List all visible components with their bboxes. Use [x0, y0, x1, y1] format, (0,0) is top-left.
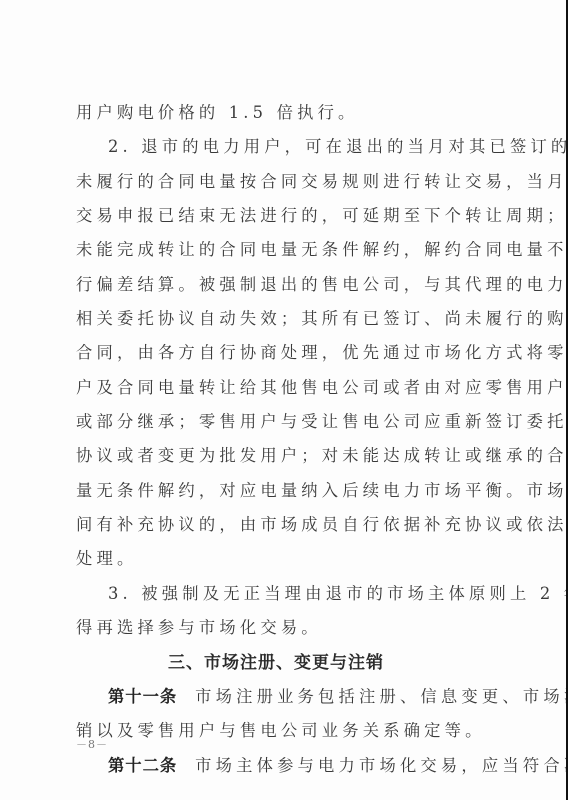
- paragraph-line: 户及合同电量转让给其他售电公司或者由对应零售用户全额: [76, 371, 486, 405]
- paragraph-line: 或部分继承；零售用户与受让售电公司应重新签订委托代理: [76, 405, 486, 439]
- paragraph-line: 得再选择参与市场化交易。: [76, 611, 486, 645]
- page-number: －8－: [76, 736, 108, 752]
- paragraph-line: 合同，由各方自行协商处理，优先通过市场化方式将零售用: [76, 336, 486, 370]
- paragraph-line: 2. 退市的电力用户，可在退出的当月对其已签订的、尚: [76, 130, 486, 164]
- paragraph-line: 行偏差结算。被强制退出的售电公司，与其代理的电力用户: [76, 268, 486, 302]
- article-12-label: 第十二条: [108, 756, 177, 775]
- article-11-continuation: 销以及零售用户与售电公司业务关系确定等。: [76, 714, 486, 748]
- paragraph-line: 处理。: [76, 542, 486, 576]
- paragraph-line: 3. 被强制及无正当理由退市的市场主体原则上 2 年内不: [76, 577, 486, 611]
- paragraph-line: 相关委托协议自动失效；其所有已签订、尚未履行的购售电: [76, 302, 486, 336]
- article-11-text: 市场注册业务包括注册、信息变更、市场注: [195, 687, 568, 706]
- article-12-text: 市场主体参与电力市场化交易，应当符合准: [195, 756, 568, 775]
- paragraph-line: 量无条件解约，对应电量纳入后续电力市场平衡。市场成员: [76, 474, 486, 508]
- paragraph-line: 交易申报已结束无法进行的，可延期至下个转让周期；逾期: [76, 199, 486, 233]
- document-body: 用户购电价格的 1.5 倍执行。 2. 退市的电力用户，可在退出的当月对其已签订…: [76, 96, 486, 783]
- document-page: 用户购电价格的 1.5 倍执行。 2. 退市的电力用户，可在退出的当月对其已签订…: [0, 0, 567, 800]
- paragraph-line: 用户购电价格的 1.5 倍执行。: [76, 96, 486, 130]
- article-11-line: 第十一条市场注册业务包括注册、信息变更、市场注: [76, 680, 486, 714]
- article-11-label: 第十一条: [108, 687, 177, 706]
- paragraph-line: 未能完成转让的合同电量无条件解约，解约合同电量不再进: [76, 233, 486, 267]
- paragraph-line: 间有补充协议的，由市场成员自行依据补充协议或依法进行: [76, 508, 486, 542]
- paragraph-line: 协议或者变更为批发用户；对未能达成转让或继承的合同电: [76, 439, 486, 473]
- section-heading: 三、市场注册、变更与注销: [76, 646, 486, 680]
- article-12-line: 第十二条市场主体参与电力市场化交易，应当符合准: [76, 749, 486, 783]
- paragraph-line: 未履行的合同电量按合同交易规则进行转让交易，当月转让: [76, 165, 486, 199]
